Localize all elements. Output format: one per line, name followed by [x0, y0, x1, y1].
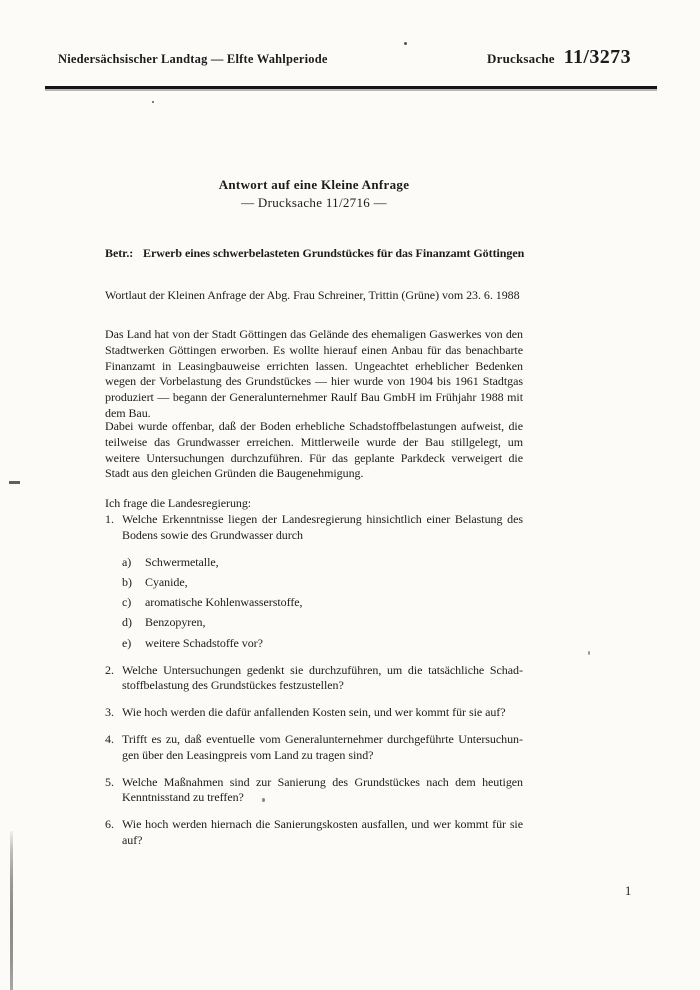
- subitem-a: a) Schwermetalle,: [122, 555, 523, 571]
- question-text: Welche Maßnahmen sind zur Sanierung des …: [122, 775, 523, 807]
- subitem-b: b) Cyanide,: [122, 575, 523, 591]
- document-page: Niedersächsischer Landtag — Elfte Wahlpe…: [0, 0, 700, 990]
- title-line1: Antwort auf eine Kleine Anfrage: [105, 176, 523, 194]
- scan-speck: [262, 798, 265, 802]
- subitem-text: Cyanide,: [145, 575, 523, 591]
- question-item-2: 2. Welche Untersuchungen gedenkt sie dur…: [105, 663, 523, 695]
- subitem-label: b): [122, 575, 145, 591]
- question-number: 5.: [105, 775, 122, 807]
- question-text: Welche Untersuchungen gedenkt sie durchz…: [122, 663, 523, 695]
- subitem-text: Benzopyren,: [145, 615, 523, 631]
- subitem-label: e): [122, 636, 145, 652]
- page-number: 1: [625, 884, 631, 899]
- paragraph-1: Das Land hat von der Stadt Göttingen das…: [105, 327, 523, 422]
- document-title: Antwort auf eine Kleine Anfrage — Drucks…: [105, 176, 523, 212]
- page-header: Niedersächsischer Landtag — Elfte Wahlpe…: [45, 46, 657, 69]
- scan-speck: [152, 101, 154, 103]
- question-text: Wie hoch werden die dafür anfallenden Ko…: [122, 705, 523, 721]
- question-text: Trifft es zu, daß eventuelle vom General…: [122, 732, 523, 764]
- question-number: 4.: [105, 732, 122, 764]
- title-line2: — Drucksache 11/2716 —: [105, 194, 523, 212]
- question-number: 2.: [105, 663, 122, 695]
- question-text: Welche Erkenntnisse liegen der Landesreg…: [122, 512, 523, 544]
- subitem-text: aromatische Kohlenwasserstoffe,: [145, 595, 523, 611]
- intro-paragraph: Wortlaut der Kleinen Anfrage der Abg. Fr…: [105, 288, 523, 304]
- subitem-text: weitere Schadstoffe vor?: [145, 636, 523, 652]
- question-1-subitems: a) Schwermetalle, b) Cyanide, c) aromati…: [105, 555, 523, 652]
- subitem-text: Schwermetalle,: [145, 555, 523, 571]
- question-item-5: 5. Welche Maßnahmen sind zur Sanierung d…: [105, 775, 523, 807]
- subject-line: Betr.: Erwerb eines schwerbelasteten Gru…: [105, 246, 523, 262]
- scan-artifact-dash: [9, 481, 20, 484]
- question-number: 1.: [105, 512, 122, 544]
- question-intro: Ich frage die Landesregierung:: [105, 496, 523, 512]
- question-number: 6.: [105, 817, 122, 849]
- header-rule: [45, 86, 657, 89]
- paragraph-2: Dabei wurde offenbar, daß der Boden erhe…: [105, 419, 523, 482]
- subject-text: Erwerb eines schwerbelasteten Grundstück…: [143, 246, 524, 262]
- subitem-label: a): [122, 555, 145, 571]
- scan-speck: [588, 651, 590, 655]
- subitem-d: d) Benzopyren,: [122, 615, 523, 631]
- subitem-label: d): [122, 615, 145, 631]
- drucksache-number: 11/3273: [564, 46, 631, 68]
- subitem-e: e) weitere Schadstoffe vor?: [122, 636, 523, 652]
- drucksache-label: Drucksache: [487, 51, 555, 66]
- subitem-c: c) aromatische Kohlenwasserstoffe,: [122, 595, 523, 611]
- question-item-3: 3. Wie hoch werden die dafür anfallenden…: [105, 705, 523, 721]
- header-parliament-title: Niedersächsischer Landtag — Elfte Wahlpe…: [58, 52, 328, 67]
- question-item-1: 1. Welche Erkenntnisse liegen der Landes…: [105, 512, 523, 544]
- question-list: 1. Welche Erkenntnisse liegen der Landes…: [105, 512, 523, 860]
- question-item-6: 6. Wie hoch werden hiernach die Sanierun…: [105, 817, 523, 849]
- question-number: 3.: [105, 705, 122, 721]
- header-drucksache: Drucksache 11/3273: [487, 46, 631, 69]
- question-text: Wie hoch werden hiernach die Sanierungsk…: [122, 817, 523, 849]
- scan-speck: [404, 42, 407, 45]
- subject-label: Betr.:: [105, 246, 143, 262]
- scan-artifact-streak: [10, 831, 13, 990]
- question-item-4: 4. Trifft es zu, daß eventuelle vom Gene…: [105, 732, 523, 764]
- subitem-label: c): [122, 595, 145, 611]
